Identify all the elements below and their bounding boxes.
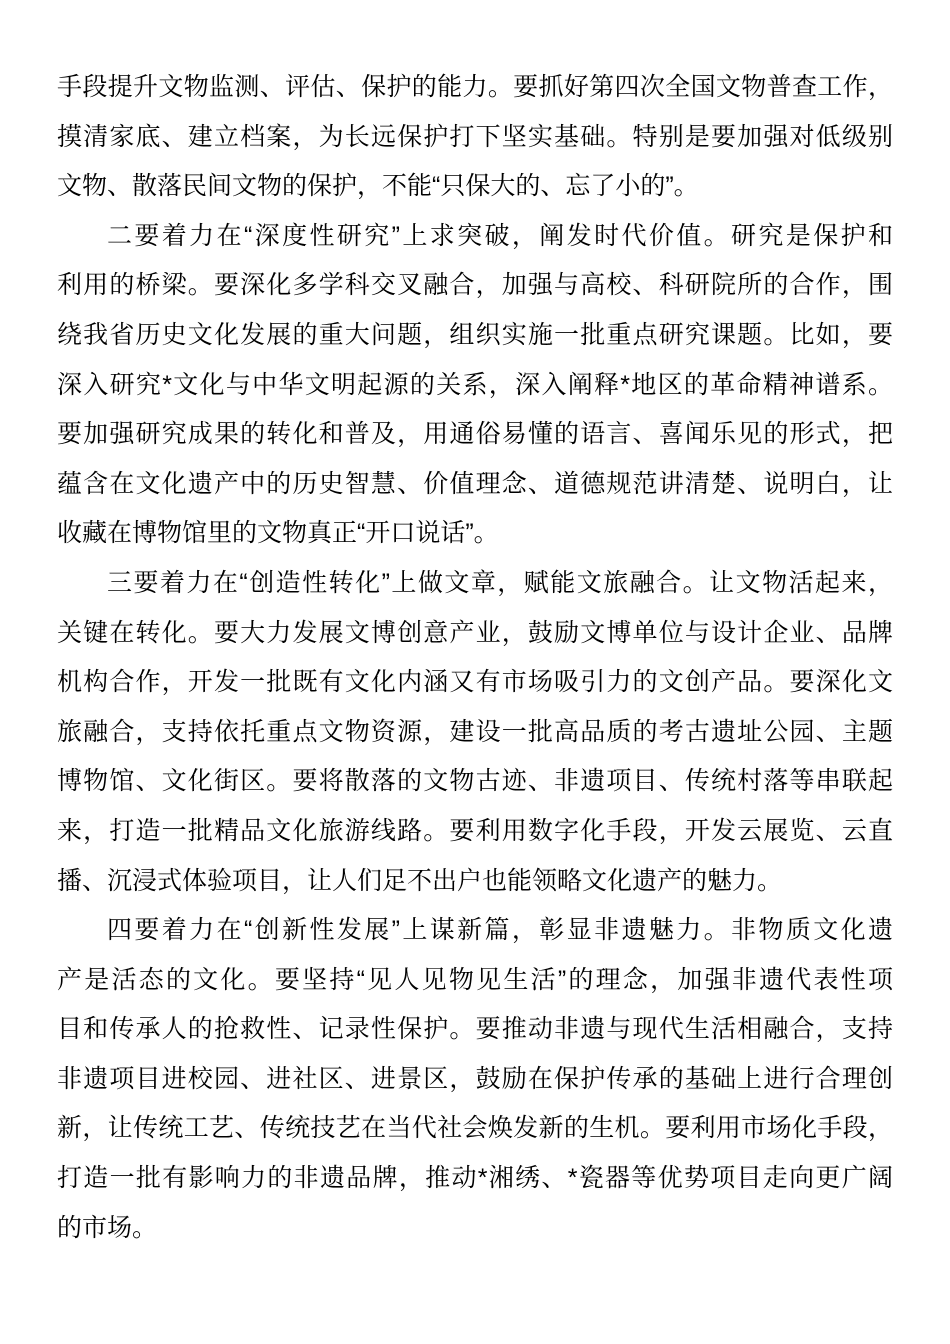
text-line: 收藏在博物馆里的文物真正“开口说话”。 bbox=[57, 509, 893, 559]
text-line: 四要着力在“创新性发展”上谋新篇，彰显非遗魅力。非物质文化遗 bbox=[57, 906, 893, 956]
document-page: 手段提升文物监测、评估、保护的能力。要抓好第四次全国文物普查工作，摸清家底、建立… bbox=[0, 0, 950, 1344]
text-line: 三要着力在“创造性转化”上做文章，赋能文旅融合。让文物活起来， bbox=[57, 559, 893, 609]
paragraph: 二要着力在“深度性研究”上求突破，阐发时代价值。研究是保护和利用的桥梁。要深化多… bbox=[57, 212, 893, 559]
paragraph: 四要着力在“创新性发展”上谋新篇，彰显非遗魅力。非物质文化遗产是活态的文化。要坚… bbox=[57, 906, 893, 1253]
text-line: 机构合作，开发一批既有文化内涵又有市场吸引力的文创产品。要深化文 bbox=[57, 658, 893, 708]
text-line: 播、沉浸式体验项目，让人们足不出户也能领略文化遗产的魅力。 bbox=[57, 857, 893, 907]
text-line: 蕴含在文化遗产中的历史智慧、价值理念、道德规范讲清楚、说明白，让 bbox=[57, 460, 893, 510]
text-line: 旅融合，支持依托重点文物资源，建设一批高品质的考古遗址公园、主题 bbox=[57, 708, 893, 758]
text-line: 二要着力在“深度性研究”上求突破，阐发时代价值。研究是保护和 bbox=[57, 212, 893, 262]
text-line: 绕我省历史文化发展的重大问题，组织实施一批重点研究课题。比如，要 bbox=[57, 311, 893, 361]
text-line: 要加强研究成果的转化和普及，用通俗易懂的语言、喜闻乐见的形式，把 bbox=[57, 410, 893, 460]
text-line: 关键在转化。要大力发展文博创意产业，鼓励文博单位与设计企业、品牌 bbox=[57, 609, 893, 659]
text-line: 深入研究*文化与中华文明起源的关系，深入阐释*地区的革命精神谱系。 bbox=[57, 361, 893, 411]
text-line: 打造一批有影响力的非遗品牌，推动*湘绣、*瓷器等优势项目走向更广阔 bbox=[57, 1154, 893, 1204]
text-line: 的市场。 bbox=[57, 1204, 893, 1254]
text-line: 来，打造一批精品文化旅游线路。要利用数字化手段，开发云展览、云直 bbox=[57, 807, 893, 857]
text-line: 利用的桥梁。要深化多学科交叉融合，加强与高校、科研院所的合作，围 bbox=[57, 261, 893, 311]
text-line: 非遗项目进校园、进社区、进景区，鼓励在保护传承的基础上进行合理创 bbox=[57, 1055, 893, 1105]
text-line: 产是活态的文化。要坚持“见人见物见生活”的理念，加强非遗代表性项 bbox=[57, 956, 893, 1006]
text-line: 新，让传统工艺、传统技艺在当代社会焕发新的生机。要利用市场化手段， bbox=[57, 1104, 893, 1154]
text-line: 文物、散落民间文物的保护，不能“只保大的、忘了小的”。 bbox=[57, 162, 893, 212]
paragraph: 三要着力在“创造性转化”上做文章，赋能文旅融合。让文物活起来，关键在转化。要大力… bbox=[57, 559, 893, 906]
text-line: 博物馆、文化街区。要将散落的文物古迹、非遗项目、传统村落等串联起 bbox=[57, 757, 893, 807]
document-body: 手段提升文物监测、评估、保护的能力。要抓好第四次全国文物普查工作，摸清家底、建立… bbox=[57, 63, 893, 1253]
paragraph: 手段提升文物监测、评估、保护的能力。要抓好第四次全国文物普查工作，摸清家底、建立… bbox=[57, 63, 893, 212]
text-line: 目和传承人的抢救性、记录性保护。要推动非遗与现代生活相融合，支持 bbox=[57, 1005, 893, 1055]
text-line: 手段提升文物监测、评估、保护的能力。要抓好第四次全国文物普查工作， bbox=[57, 63, 893, 113]
text-line: 摸清家底、建立档案，为长远保护打下坚实基础。特别是要加强对低级别 bbox=[57, 113, 893, 163]
